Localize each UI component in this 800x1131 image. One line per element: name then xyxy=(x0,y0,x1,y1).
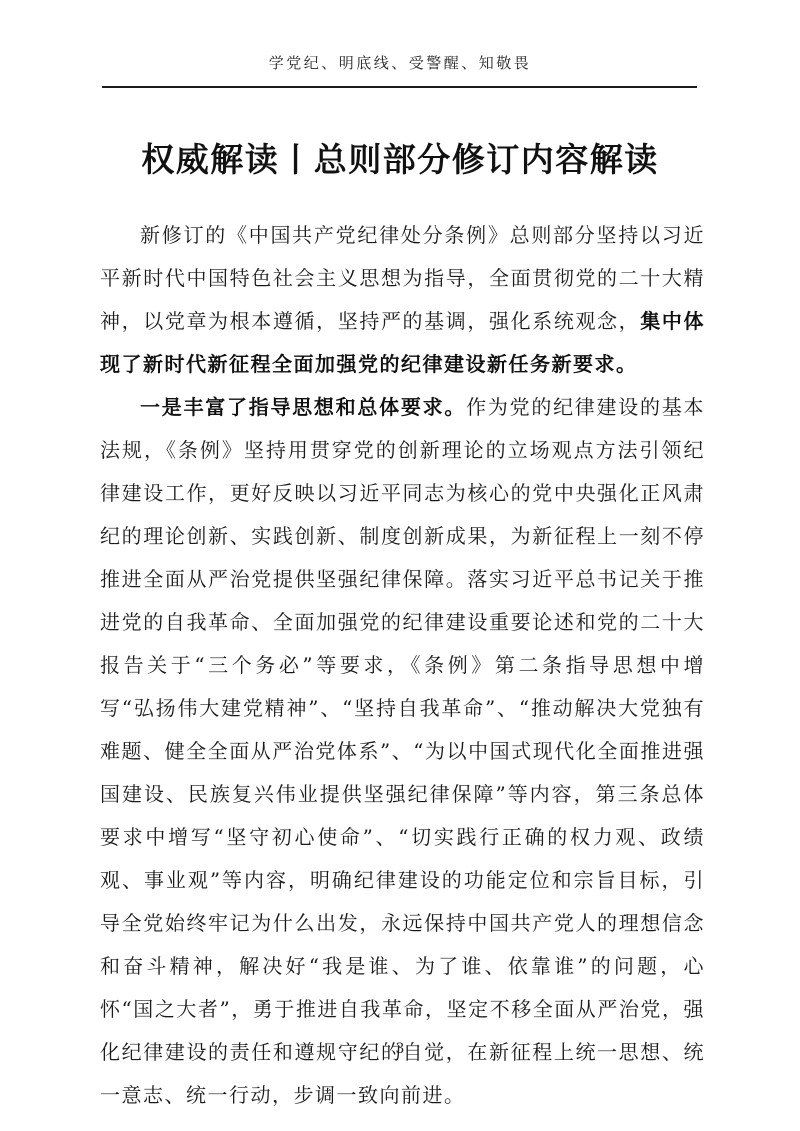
text-run: 新修订的《中国共产党纪律处分条例》总则部分坚持以习近平新时代中国特色社会主义思想… xyxy=(100,223,705,333)
bold-text-run: 一是丰富了指导思想和总体要求。 xyxy=(140,395,466,419)
page-number: 3 xyxy=(0,1041,800,1057)
paragraph: 一是丰富了指导思想和总体要求。作为党的纪律建设的基本法规，《条例》坚持用贯穿党的… xyxy=(100,386,705,1117)
document-page: 学党纪、明底线、受警醒、知敬畏 权威解读丨总则部分修订内容解读 新修订的《中国共… xyxy=(0,0,800,1131)
page-title: 权威解读丨总则部分修订内容解读 xyxy=(0,88,800,180)
text-run: 作为党的纪律建设的基本法规，《条例》坚持用贯穿党的创新理论的立场观点方法引领纪律… xyxy=(100,395,705,1107)
document-body: 新修订的《中国共产党纪律处分条例》总则部分坚持以习近平新时代中国特色社会主义思想… xyxy=(100,214,705,1117)
header-motto: 学党纪、明底线、受警醒、知敬畏 xyxy=(0,0,800,73)
paragraph: 新修订的《中国共产党纪律处分条例》总则部分坚持以习近平新时代中国特色社会主义思想… xyxy=(100,214,705,386)
